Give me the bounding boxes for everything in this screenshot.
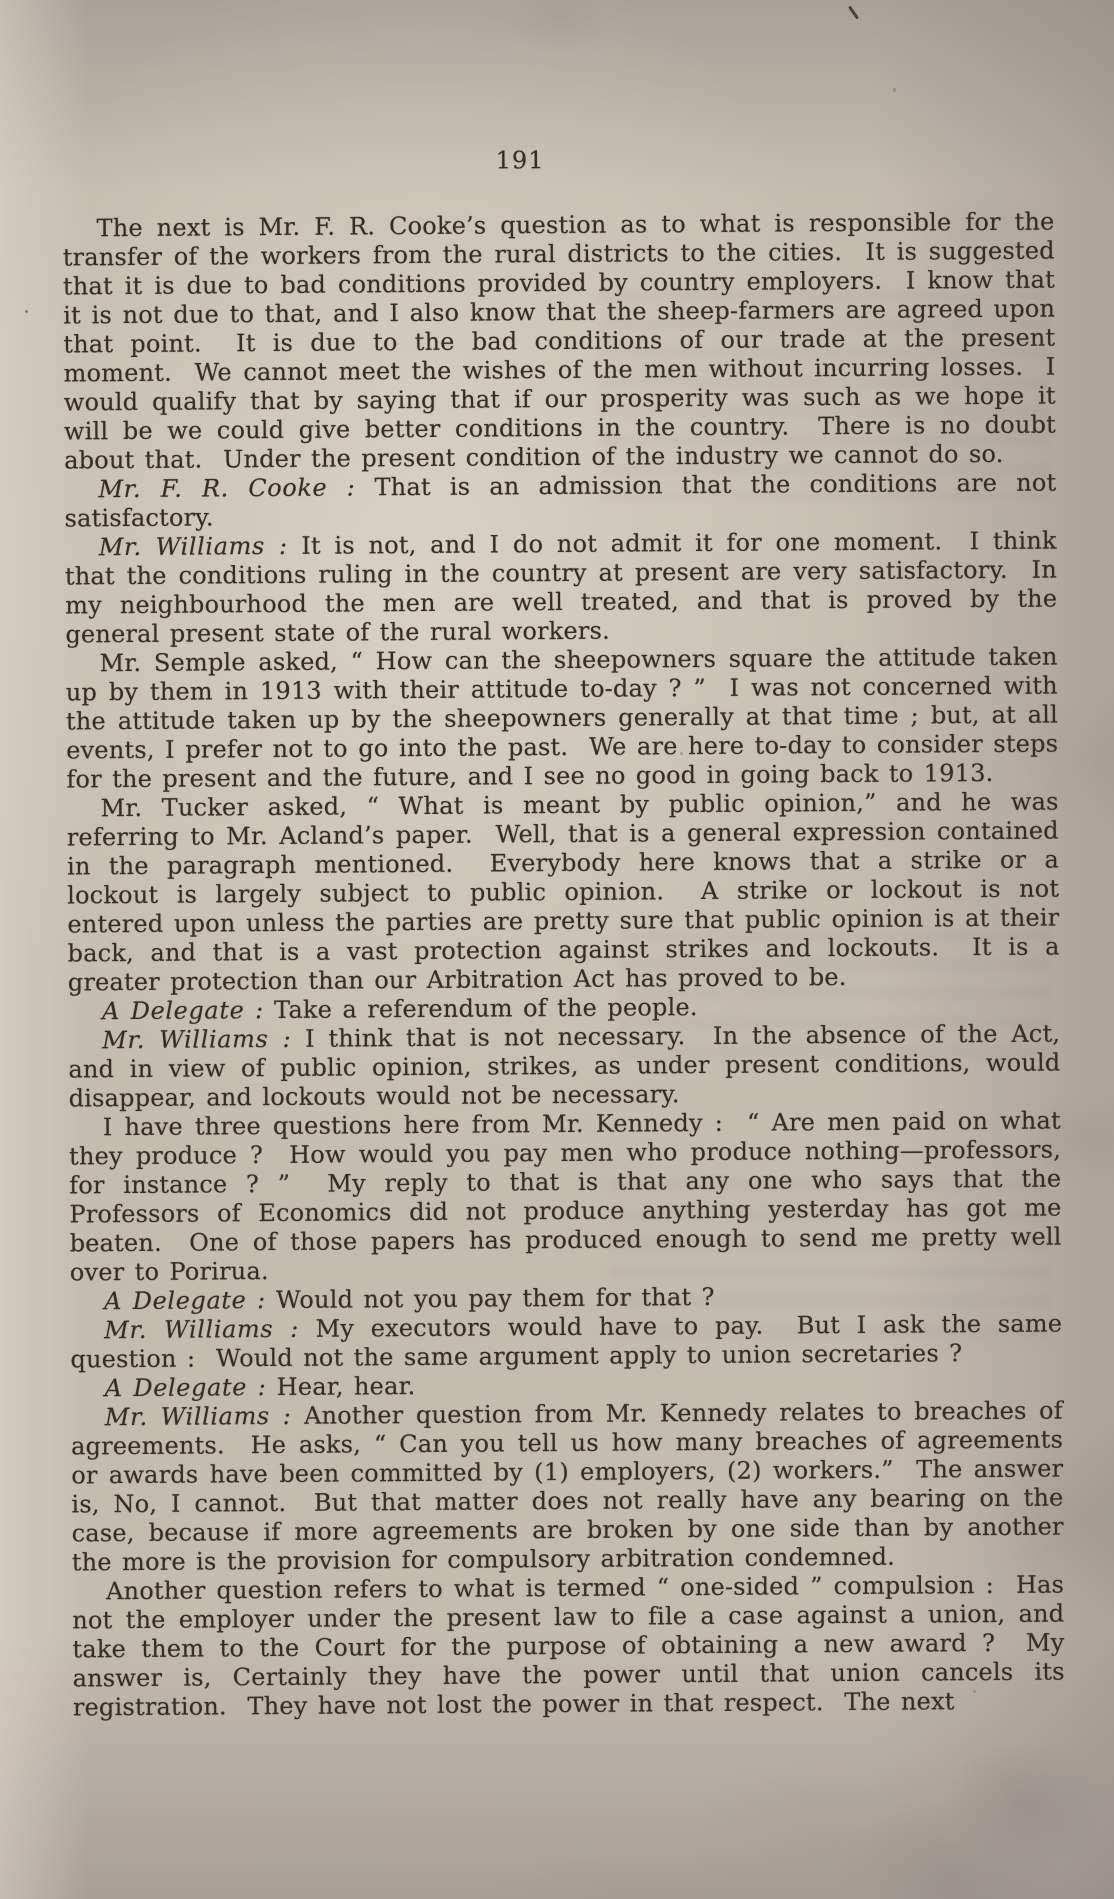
paragraph-text: Take a referendum of the people.: [274, 993, 698, 1024]
speaker-name: Mr. F. R. Cooke :: [98, 473, 355, 503]
paragraph: Mr. Williams : I think that is not neces…: [68, 1020, 1061, 1114]
speaker-name: A Delegate :: [102, 996, 264, 1025]
speaker-name: Mr. Williams :: [104, 1315, 299, 1344]
paragraph: The next is Mr. F. R. Cooke’s question a…: [62, 208, 1056, 476]
paragraph: Mr. Williams : My executors would have t…: [70, 1310, 1062, 1375]
page-number: 191: [24, 143, 1016, 179]
speaker-name: A Delegate :: [104, 1286, 266, 1315]
ink-speck: [893, 88, 896, 92]
ink-speck: [25, 310, 28, 313]
paragraph-text: Hear, hear.: [277, 1372, 416, 1401]
speaker-name: Mr. Williams :: [99, 532, 288, 561]
paragraph: Another question refers to what is terme…: [72, 1571, 1065, 1723]
paragraph-text: Mr. Semple asked, “ How can the sheepown…: [66, 642, 1069, 793]
pen-slash-mark: [848, 5, 859, 19]
paragraph: Mr. Semple asked, “ How can the sheepown…: [66, 643, 1059, 795]
paragraph-text: I have three questions here from Mr. Ken…: [69, 1106, 1072, 1286]
paragraph: Mr. F. R. Cooke : That is an admission t…: [64, 469, 1056, 534]
paragraph: Mr. Williams : It is not, and I do not a…: [65, 527, 1058, 650]
paragraph: Mr. Tucker asked, “ What is meant by pub…: [67, 788, 1060, 998]
scanned-book-page: 191 The next is Mr. F. R. Cooke’s questi…: [0, 0, 1114, 1899]
paragraph-text: The next is Mr. F. R. Cooke’s question a…: [63, 207, 1067, 474]
paragraph-text: Mr. Tucker asked, “ What is meant by pub…: [67, 787, 1070, 996]
speaker-name: Mr. Williams :: [102, 1025, 291, 1054]
paragraph: Mr. Williams : Another question from Mr.…: [71, 1397, 1064, 1578]
paragraph: I have three questions here from Mr. Ken…: [69, 1107, 1062, 1288]
speaker-name: Mr. Williams :: [105, 1402, 292, 1431]
paragraph-text: Another question refers to what is terme…: [72, 1570, 1075, 1721]
page-text-block: 191 The next is Mr. F. R. Cooke’s questi…: [62, 143, 1065, 1723]
speaker-name: A Delegate :: [105, 1373, 267, 1402]
paragraph-text: Would not you pay them for that ?: [276, 1283, 715, 1314]
